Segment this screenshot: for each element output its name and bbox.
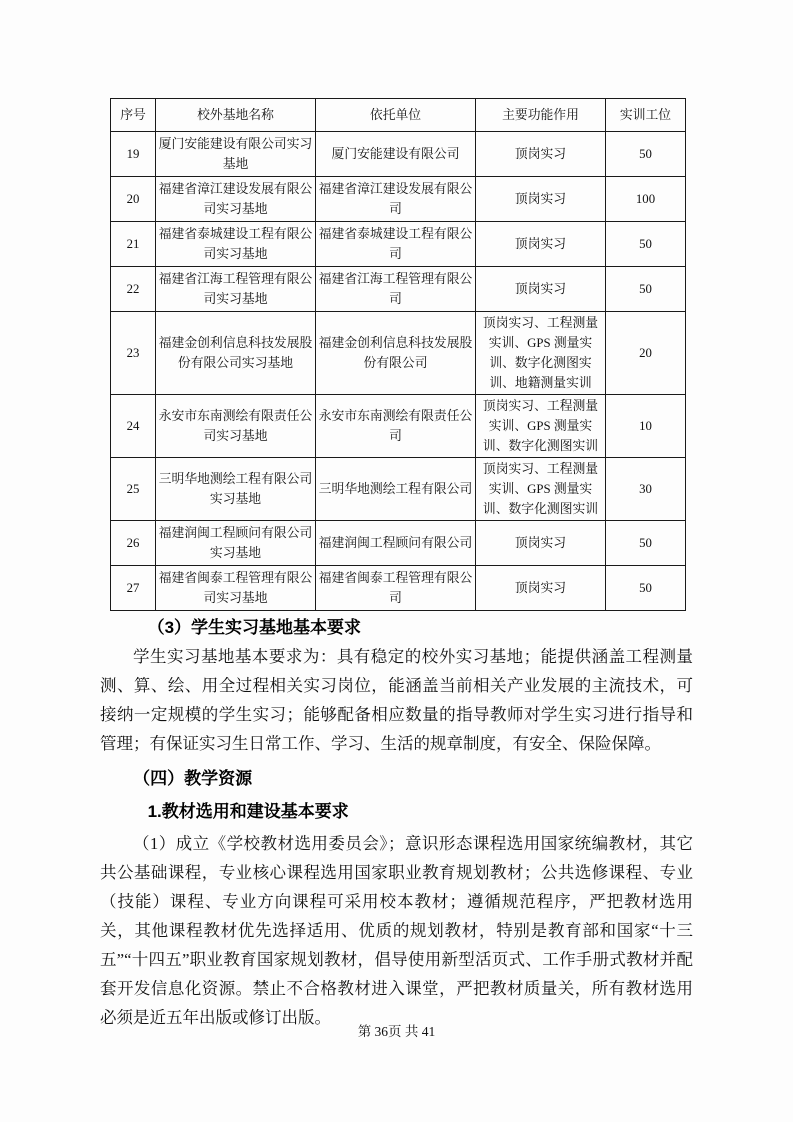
table-row: 26福建润闽工程顾问有限公司实习基地福建润闽工程顾问有限公司顶岗实习50: [111, 521, 686, 566]
header-col-no: 序号: [111, 99, 156, 132]
table-row: 24永安市东南测绘有限责任公司实习基地永安市东南测绘有限责任公司顶岗实习、工程测…: [111, 395, 686, 458]
cell-func: 顶岗实习: [476, 132, 606, 177]
cell-name: 福建省泰城建设工程有限公司实习基地: [156, 222, 316, 267]
cell-unit: 福建省漳江建设发展有限公司: [316, 177, 476, 222]
cell-unit: 福建金创利信息科技发展股份有限公司: [316, 312, 476, 395]
cell-seats: 30: [606, 458, 686, 521]
heading-textbook-selection: 1.教材选用和建设基本要求: [100, 797, 693, 826]
cell-seats: 50: [606, 267, 686, 312]
cell-no: 20: [111, 177, 156, 222]
cell-seats: 50: [606, 521, 686, 566]
cell-no: 19: [111, 132, 156, 177]
cell-unit: 厦门安能建设有限公司: [316, 132, 476, 177]
cell-name: 福建省江海工程管理有限公司实习基地: [156, 267, 316, 312]
cell-func: 顶岗实习: [476, 521, 606, 566]
para-textbook-selection: （1）成立《学校教材选用委员会》；意识形态课程选用国家统编教材，其它共公基础课程…: [100, 829, 693, 1032]
cell-seats: 10: [606, 395, 686, 458]
header-col-function: 主要功能作用: [476, 99, 606, 132]
table-row: 27福建省闽泰工程管理有限公司实习基地福建省闽泰工程管理有限公司顶岗实习50: [111, 566, 686, 611]
cell-no: 22: [111, 267, 156, 312]
para-student-base-requirements: 学生实习基地基本要求为：具有稳定的校外实习基地；能提供涵盖工程测量测、算、绘、用…: [100, 642, 693, 758]
cell-name: 福建省闽泰工程管理有限公司实习基地: [156, 566, 316, 611]
cell-no: 25: [111, 458, 156, 521]
cell-seats: 50: [606, 222, 686, 267]
cell-unit: 福建省闽泰工程管理有限公司: [316, 566, 476, 611]
cell-seats: 100: [606, 177, 686, 222]
page-number: 第 36页 共 41: [0, 1022, 793, 1042]
heading-student-base-requirements: （3）学生实习基地基本要求: [100, 613, 693, 642]
header-col-base-name: 校外基地名称: [156, 99, 316, 132]
cell-name: 福建金创利信息科技发展股份有限公司实习基地: [156, 312, 316, 395]
header-col-seats: 实训工位: [606, 99, 686, 132]
table-row: 21福建省泰城建设工程有限公司实习基地福建省泰城建设工程有限公司顶岗实习50: [111, 222, 686, 267]
cell-name: 永安市东南测绘有限责任公司实习基地: [156, 395, 316, 458]
cell-unit: 三明华地测绘工程有限公司: [316, 458, 476, 521]
table-row: 19厦门安能建设有限公司实习基地厦门安能建设有限公司顶岗实习50: [111, 132, 686, 177]
cell-func: 顶岗实习: [476, 222, 606, 267]
cell-no: 26: [111, 521, 156, 566]
table-row: 25三明华地测绘工程有限公司实习基地三明华地测绘工程有限公司顶岗实习、工程测量实…: [111, 458, 686, 521]
cell-name: 厦门安能建设有限公司实习基地: [156, 132, 316, 177]
table-header: 序号 校外基地名称 依托单位 主要功能作用 实训工位: [111, 99, 686, 132]
table-row: 20福建省漳江建设发展有限公司实习基地福建省漳江建设发展有限公司顶岗实习100: [111, 177, 686, 222]
cell-unit: 福建省泰城建设工程有限公司: [316, 222, 476, 267]
cell-unit: 永安市东南测绘有限责任公司: [316, 395, 476, 458]
table-row: 23福建金创利信息科技发展股份有限公司实习基地福建金创利信息科技发展股份有限公司…: [111, 312, 686, 395]
cell-func: 顶岗实习、工程测量实训、GPS 测量实训、数字化测图实训: [476, 395, 606, 458]
table-row: 22福建省江海工程管理有限公司实习基地福建省江海工程管理有限公司顶岗实习50: [111, 267, 686, 312]
cell-func: 顶岗实习: [476, 177, 606, 222]
cell-seats: 20: [606, 312, 686, 395]
cell-no: 27: [111, 566, 156, 611]
cell-func: 顶岗实习: [476, 566, 606, 611]
heading-teaching-resources: （四）教学资源: [100, 764, 693, 793]
cell-name: 福建省漳江建设发展有限公司实习基地: [156, 177, 316, 222]
cell-func: 顶岗实习: [476, 267, 606, 312]
header-col-unit: 依托单位: [316, 99, 476, 132]
cell-name: 福建润闽工程顾问有限公司实习基地: [156, 521, 316, 566]
cell-func: 顶岗实习、工程测量实训、GPS 测量实训、数字化测图实训、地籍测量实训: [476, 312, 606, 395]
table-header-row: 序号 校外基地名称 依托单位 主要功能作用 实训工位: [111, 99, 686, 132]
bases-table-body: 19厦门安能建设有限公司实习基地厦门安能建设有限公司顶岗实习5020福建省漳江建…: [111, 132, 686, 611]
cell-seats: 50: [606, 132, 686, 177]
cell-seats: 50: [606, 566, 686, 611]
cell-name: 三明华地测绘工程有限公司实习基地: [156, 458, 316, 521]
cell-unit: 福建省江海工程管理有限公司: [316, 267, 476, 312]
cell-no: 24: [111, 395, 156, 458]
cell-no: 21: [111, 222, 156, 267]
document-page: 序号 校外基地名称 依托单位 主要功能作用 实训工位 19厦门安能建设有限公司实…: [0, 0, 793, 1122]
training-bases-table: 序号 校外基地名称 依托单位 主要功能作用 实训工位 19厦门安能建设有限公司实…: [110, 98, 686, 611]
cell-no: 23: [111, 312, 156, 395]
cell-unit: 福建润闽工程顾问有限公司: [316, 521, 476, 566]
cell-func: 顶岗实习、工程测量实训、GPS 测量实训、数字化测图实训: [476, 458, 606, 521]
